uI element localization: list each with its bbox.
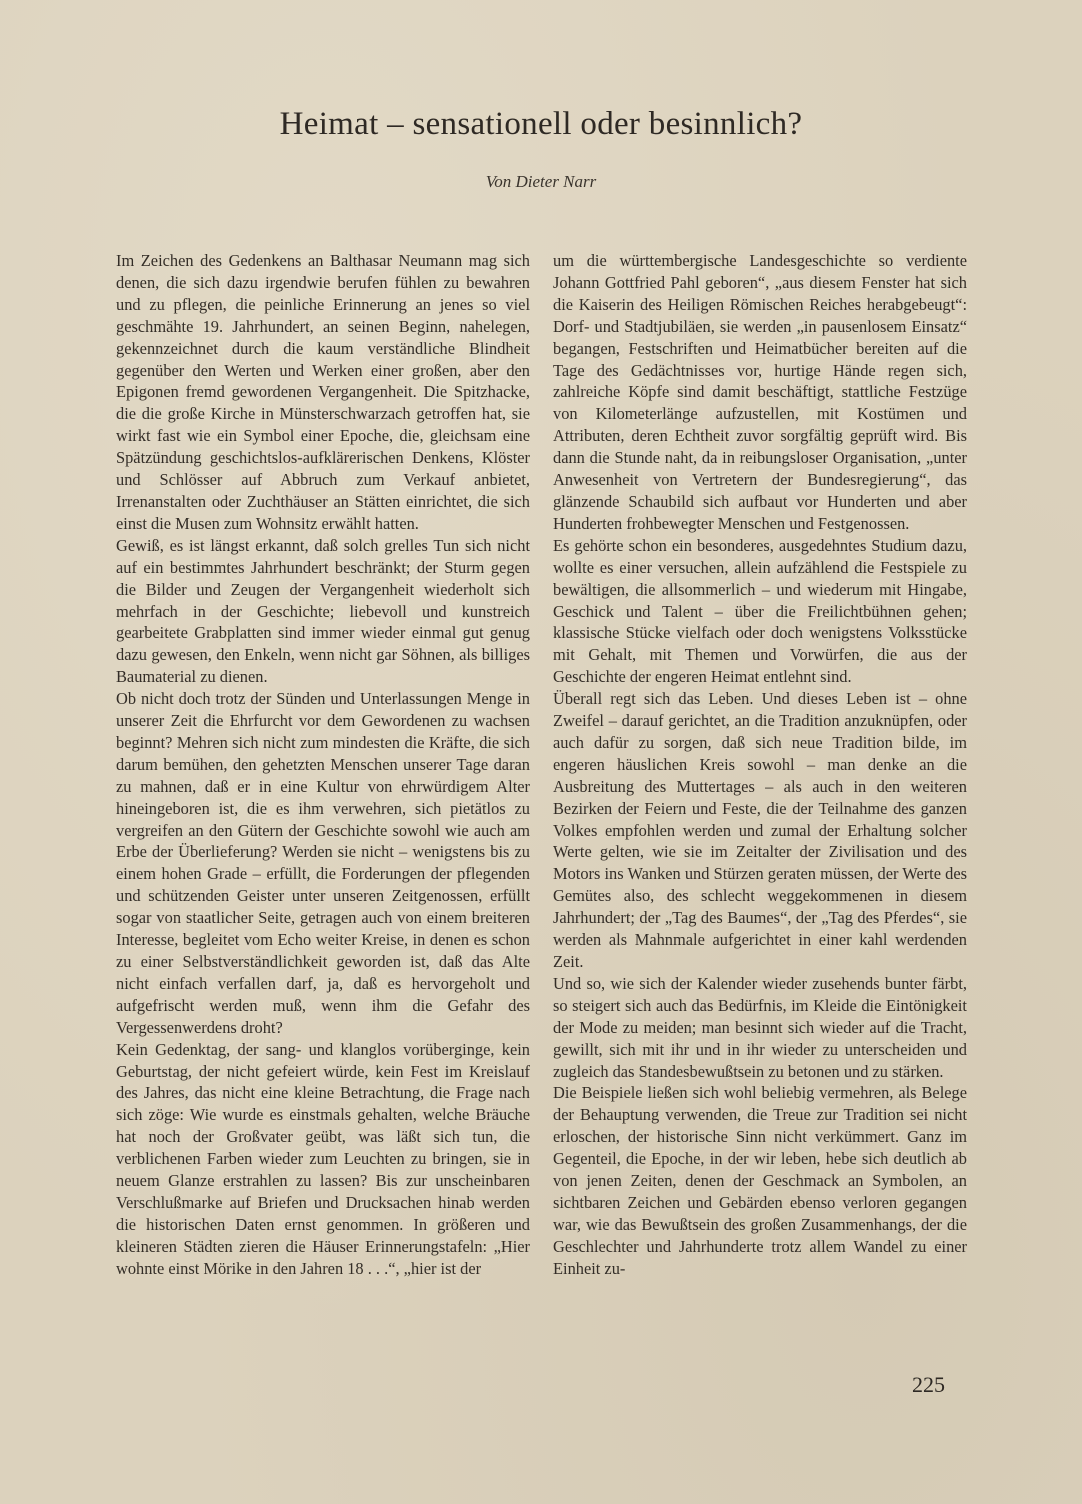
document-page: Heimat – sensationell oder besinnlich? V… <box>0 0 1082 1504</box>
right-column: um die württembergische Landesgeschichte… <box>553 250 967 1280</box>
article-byline: Von Dieter Narr <box>0 172 1082 192</box>
paragraph: Die Beispiele ließen sich wohl beliebig … <box>553 1082 967 1279</box>
paragraph: Es gehörte schon ein besonderes, ausgede… <box>553 535 967 688</box>
paragraph: Gewiß, es ist längst erkannt, daß solch … <box>116 535 530 688</box>
paragraph: um die württembergische Landesgeschichte… <box>553 250 967 535</box>
article-title: Heimat – sensationell oder besinnlich? <box>0 106 1082 143</box>
paragraph: Ob nicht doch trotz der Sünden und Unter… <box>116 688 530 1039</box>
paragraph: Überall regt sich das Leben. Und dieses … <box>553 688 967 973</box>
paragraph: Und so, wie sich der Kalender wieder zus… <box>553 973 967 1083</box>
page-number: 225 <box>912 1372 945 1398</box>
paragraph: Kein Gedenktag, der sang- und klanglos v… <box>116 1039 530 1280</box>
left-column: Im Zeichen des Gedenkens an Balthasar Ne… <box>116 250 530 1280</box>
paragraph: Im Zeichen des Gedenkens an Balthasar Ne… <box>116 250 530 535</box>
